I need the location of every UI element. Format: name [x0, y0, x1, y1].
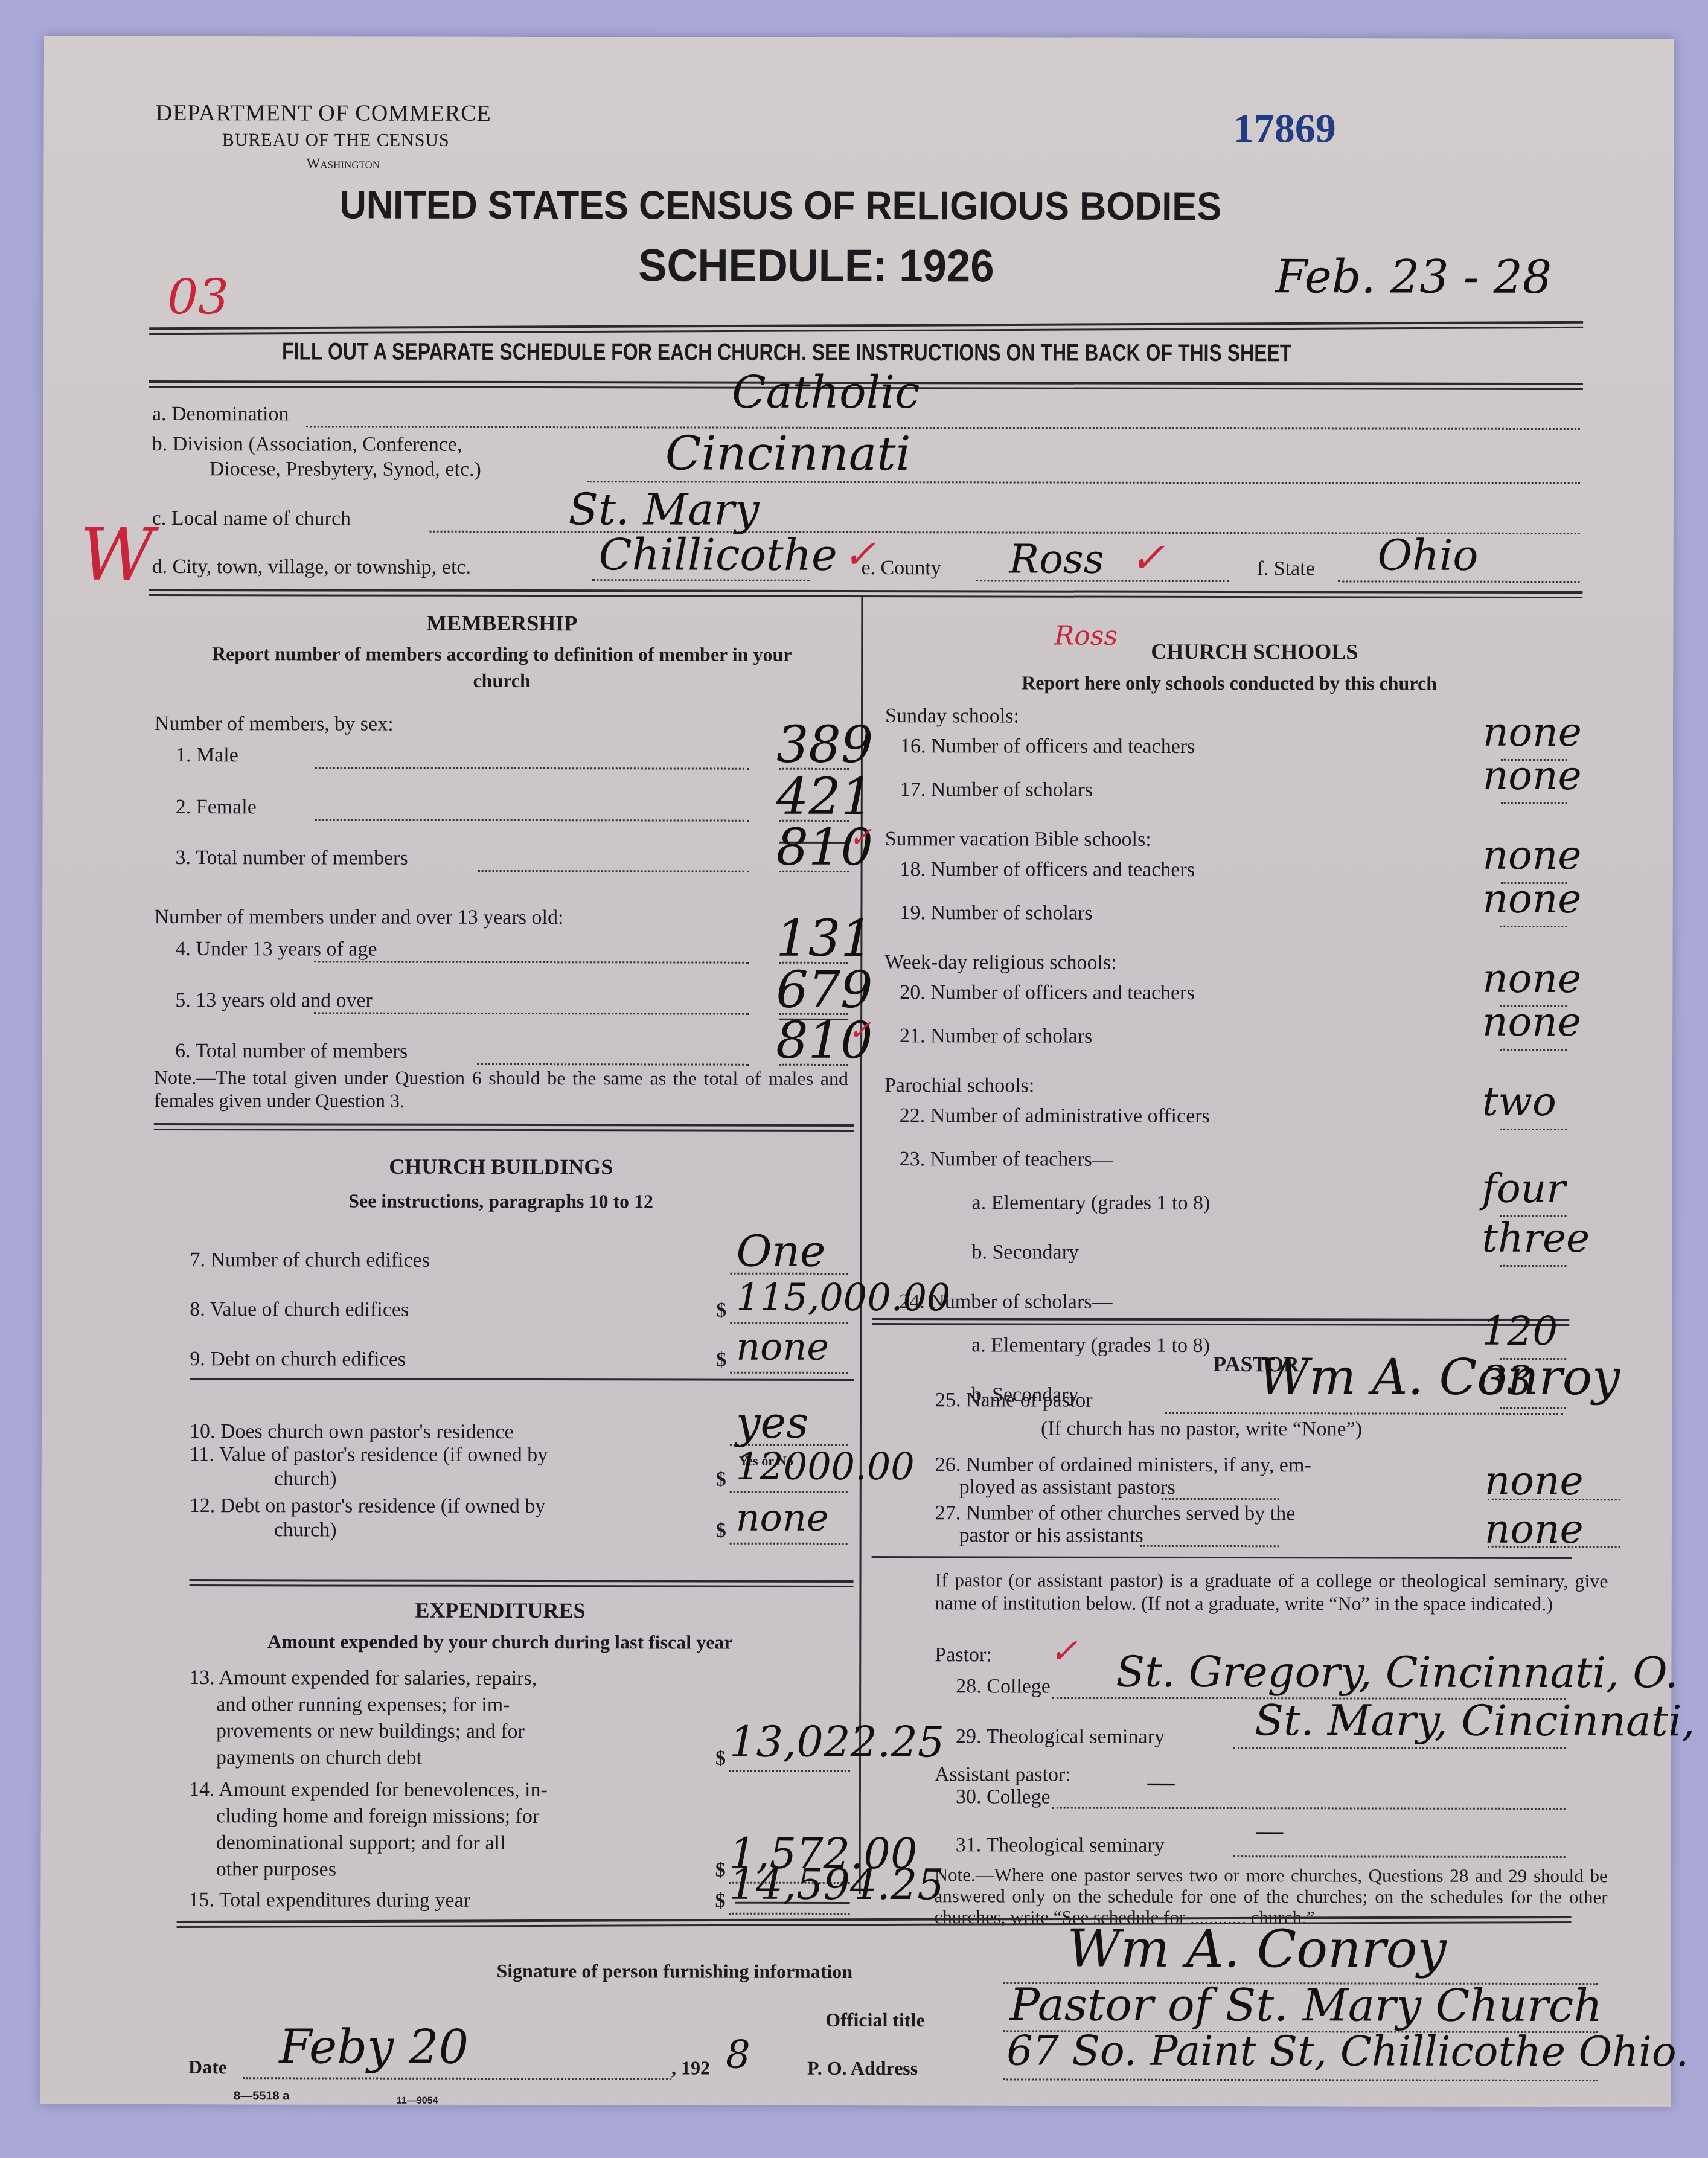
seminary-line [1233, 1747, 1566, 1749]
by-age-label: Number of members under and over 13 year… [154, 906, 563, 929]
expenditures-subheading: Amount expended by your church during la… [147, 1630, 853, 1654]
school-value-field[interactable]: none [1483, 832, 1582, 879]
answer-line [1500, 1049, 1567, 1051]
po-address-label: P. O. Address [807, 2057, 918, 2080]
check-mark-icon: ✓ [848, 1014, 872, 1046]
membership-item-label: 5. 13 years old and over [175, 989, 373, 1013]
pastor-name-field[interactable]: Wm A. Conroy [1258, 1348, 1620, 1406]
buildings-divider [190, 1378, 854, 1381]
dotted-leader [315, 767, 749, 769]
census-schedule-page: DEPARTMENT OF COMMERCE BUREAU OF THE CEN… [40, 36, 1674, 2107]
expenditure-item-label: denominational support; and for all [216, 1831, 506, 1855]
asst-seminary-label: 31. Theological seminary [956, 1834, 1165, 1857]
answer-line [730, 1543, 848, 1545]
expenditure-item-label: 15. Total expenditures during year [189, 1889, 470, 1912]
red-county-note: Ross [1054, 621, 1118, 652]
division-label-2: Diocese, Presbytery, Synod, etc.) [210, 458, 481, 481]
city-label: d. City, town, village, or township, etc… [152, 556, 471, 579]
state-line [1338, 580, 1579, 583]
pastor-divider [872, 1556, 1572, 1559]
membership-rows [44, 36, 1674, 39]
asst-college-line [1052, 1807, 1566, 1810]
date-label: Date [188, 2056, 227, 2078]
membership-item-label: 6. Total number of members [175, 1040, 408, 1063]
membership-subheading: Report number of members according to de… [182, 640, 822, 694]
currency-symbol: $ [716, 1349, 726, 1372]
currency-symbol: $ [715, 1890, 726, 1913]
red-check-icon: ✓ [1049, 1632, 1078, 1671]
building-item-label: 10. Does church own pastor's residence [190, 1420, 514, 1444]
local-name-field[interactable]: St. Mary [569, 484, 760, 535]
asst-college-label: 30. College [956, 1785, 1051, 1808]
building-item-label: 12. Debt on pastor's residence (if owned… [190, 1494, 546, 1518]
check-mark-icon: ✓ [1130, 533, 1165, 583]
expenditure-value-field[interactable]: 13,022.25 [729, 1717, 944, 1767]
assistant-pastors-label-1: 26. Number of ordained ministers, if any… [935, 1453, 1311, 1477]
school-item-label: 16. Number of officers and teachers [900, 735, 1195, 758]
pastor-education-label: Pastor: [935, 1644, 992, 1667]
dotted-leader [314, 961, 749, 963]
official-title-field[interactable]: Pastor of St. Mary Church [1009, 1979, 1602, 2032]
answer-line [729, 1770, 850, 1772]
dotted-leader [478, 870, 749, 872]
membership-value-field[interactable]: 131 [776, 909, 873, 968]
expenditure-item-label: payments on church debt [216, 1746, 422, 1770]
church-schools-subheading: Report here only schools conducted by th… [876, 671, 1582, 695]
asst-college-field[interactable]: — [1146, 1765, 1176, 1800]
received-date-handwritten: Feb. 23 - 28 [1275, 249, 1552, 304]
dotted-leader [477, 1063, 749, 1066]
answer-line [729, 1913, 850, 1915]
expenditure-item-label: 14. Amount expended for benevolences, in… [189, 1778, 548, 1802]
buildings-rows [44, 36, 1674, 39]
expenditure-item-label: other purposes [216, 1858, 336, 1881]
denomination-field[interactable]: Catholic [732, 367, 920, 419]
answer-line [730, 1372, 848, 1374]
dotted-leader [314, 1012, 749, 1014]
school-value-field[interactable]: none [1483, 709, 1582, 755]
education-instructions: If pastor (or assistant pastor) is a gra… [935, 1568, 1608, 1615]
school-item-label: 24. Number of scholars— [899, 1290, 1112, 1314]
college-label: 28. College [956, 1675, 1051, 1698]
membership-item-label: 4. Under 13 years of age [175, 938, 377, 961]
school-value-field[interactable]: none [1482, 955, 1581, 1002]
answer-line [1500, 926, 1567, 927]
asst-seminary-line [1233, 1855, 1566, 1858]
currency-symbol: $ [715, 1747, 726, 1770]
school-item-label: b. Secondary [971, 1383, 1079, 1406]
school-value-field[interactable]: 120 [1482, 1308, 1558, 1354]
state-field[interactable]: Ohio [1377, 531, 1478, 580]
seminary-label: 29. Theological seminary [956, 1725, 1165, 1749]
building-item-label: church) [274, 1467, 337, 1490]
check-mark-icon: ✓ [849, 821, 872, 853]
school-item-label: 20. Number of officers and teachers [900, 981, 1194, 1005]
city-field[interactable]: Chillicothe [598, 529, 837, 580]
serial-number-stamp: 17869 [1233, 104, 1336, 152]
department-name: DEPARTMENT OF COMMERCE [156, 100, 491, 127]
by-sex-label: Number of members, by sex: [155, 712, 394, 736]
building-value-field[interactable]: 12000.00 [736, 1444, 915, 1489]
division-label-1: b. Division (Association, Conference, [152, 433, 462, 456]
school-item-label: 23. Number of teachers— [900, 1148, 1113, 1171]
header-divider [149, 321, 1583, 330]
membership-divider [154, 1123, 854, 1127]
local-name-label: c. Local name of church [152, 507, 351, 531]
expenditure-item-label: cluding home and foreign missions; for [216, 1805, 539, 1828]
currency-symbol: $ [715, 1859, 726, 1882]
pastor-name-hint: (If church has no pastor, write “None”) [1041, 1418, 1362, 1441]
signature-label: Signature of person furnishing informati… [496, 1960, 852, 1983]
building-item-label: 8. Value of church edifices [190, 1298, 409, 1322]
school-value-field[interactable]: none [1482, 876, 1581, 922]
building-item-label: 9. Debt on church edifices [190, 1348, 406, 1371]
school-group-title: Sunday schools: [885, 705, 1019, 728]
answer-line [1500, 1265, 1566, 1267]
building-value-field[interactable]: none [736, 1496, 829, 1540]
assistant-pastors-field[interactable]: none [1485, 1458, 1584, 1504]
school-item-label: a. Elementary (grades 1 to 8) [972, 1191, 1211, 1215]
school-item-label: 22. Number of administrative officers [900, 1104, 1210, 1128]
school-value-field[interactable]: 33 [1482, 1357, 1532, 1404]
college-field[interactable]: St. Gregory, Cincinnati, O. [1116, 1647, 1678, 1698]
seminary-field[interactable]: St. Mary, Cincinnati, O. [1255, 1695, 1708, 1746]
school-value-field[interactable]: none [1483, 752, 1582, 799]
building-value-field[interactable]: yes [736, 1397, 808, 1448]
state-label: f. State [1256, 557, 1314, 580]
city-name: Washington [307, 156, 380, 172]
building-item-label: church) [274, 1519, 337, 1542]
school-group-title: Summer vacation Bible schools: [885, 828, 1151, 851]
expenditure-item-label: provements or new buildings; and for [216, 1720, 525, 1743]
instructions-banner: FILL OUT A SEPARATE SCHEDULE FOR EACH CH… [282, 338, 1291, 367]
assistant-pastor-label: Assistant pastor: [935, 1763, 1071, 1786]
asst-seminary-field[interactable]: — [1255, 1813, 1285, 1848]
expenditure-value-field[interactable]: 14,594.25 [729, 1860, 944, 1910]
bureau-name: BUREAU OF THE CENSUS [222, 130, 450, 151]
expenditure-item-label: and other running expenses; for im- [216, 1693, 510, 1717]
church-buildings-heading: CHURCH BUILDINGS [148, 1153, 854, 1180]
membership-heading: MEMBERSHIP [149, 610, 855, 636]
school-item-label: 21. Number of scholars [900, 1025, 1092, 1048]
denomination-label: a. Denomination [152, 403, 289, 426]
church-schools-heading: CHURCH SCHOOLS [1151, 639, 1358, 665]
date-line [243, 2077, 671, 2080]
assistant-pastors-label-2: ployed as assistant pastors [959, 1476, 1175, 1499]
answer-line [730, 1491, 848, 1493]
print-code: 11—9054 [397, 2096, 438, 2107]
building-value-field[interactable]: none [736, 1325, 829, 1369]
expenditures-heading: EXPENDITURES [147, 1597, 853, 1624]
church-schools-rows [44, 36, 1674, 39]
school-item-label: a. Elementary (grades 1 to 8) [971, 1334, 1210, 1357]
county-field[interactable]: Ross [1009, 536, 1104, 582]
school-item-label: 17. Number of scholars [900, 778, 1093, 802]
denomination-line [306, 426, 1580, 430]
answer-line [1500, 1129, 1567, 1130]
official-title-label: Official title [825, 2009, 924, 2031]
currency-symbol: $ [716, 1468, 726, 1491]
school-value-field[interactable]: four [1482, 1165, 1566, 1212]
red-code-annotation: 03 [167, 269, 229, 325]
form-number: 8—5518 a [234, 2089, 289, 2103]
other-churches-field[interactable]: none [1485, 1506, 1584, 1552]
membership-item-label: 2. Female [176, 796, 257, 819]
po-address-line [1003, 2078, 1598, 2081]
school-item-label: 18. Number of officers and teachers [900, 858, 1195, 882]
dotted-leader [315, 819, 749, 821]
answer-line [1501, 802, 1567, 804]
division-field[interactable]: Cincinnati [665, 426, 911, 481]
school-value-field[interactable]: three [1482, 1215, 1590, 1261]
schedule-year: SCHEDULE: 1926 [638, 239, 994, 292]
dotted-leader [1140, 1545, 1279, 1547]
building-item-label: 11. Value of pastor's residence (if owne… [190, 1443, 548, 1467]
buildings-bottom-divider [190, 1579, 854, 1583]
signature-field[interactable]: Wm A. Conroy [1067, 1919, 1447, 1980]
year-prefix: , 192 [671, 2057, 710, 2079]
red-margin-mark: W [79, 513, 154, 597]
church-buildings-subheading: See instructions, paragraphs 10 to 12 [148, 1189, 854, 1213]
school-group-title: Week-day religious schools: [884, 951, 1116, 975]
currency-symbol: $ [716, 1299, 726, 1322]
expenditure-rows [44, 36, 1674, 39]
identification-divider [149, 589, 1582, 594]
school-value-field[interactable]: two [1482, 1078, 1556, 1125]
building-item-label: 7. Number of church edifices [190, 1249, 430, 1272]
date-field[interactable]: Feby 20 [279, 2020, 469, 2075]
answer-line [730, 1322, 848, 1324]
school-value-field[interactable]: none [1482, 999, 1581, 1045]
po-address-field[interactable]: 67 So. Paint St, Chillicothe Ohio. [1006, 2027, 1689, 2076]
currency-symbol: $ [716, 1520, 726, 1543]
schools-divider [872, 1318, 1569, 1321]
membership-item-label: 3. Total number of members [176, 847, 408, 870]
dotted-leader [1162, 1498, 1279, 1500]
building-value-field[interactable]: One [736, 1226, 825, 1276]
membership-value-field[interactable]: 389 [776, 715, 874, 774]
year-field[interactable]: 8 [726, 2033, 750, 2078]
membership-note: Note.—The total given under Question 6 s… [154, 1066, 848, 1113]
school-group-title: Parochial schools: [884, 1074, 1034, 1097]
answer-line [1500, 1407, 1566, 1409]
form-title: UNITED STATES CENSUS OF RELIGIOUS BODIES [339, 182, 1221, 229]
other-churches-label-1: 27. Number of other churches served by t… [935, 1502, 1296, 1525]
school-item-label: b. Secondary [971, 1241, 1079, 1264]
membership-item-label: 1. Male [176, 744, 238, 767]
school-item-label: 19. Number of scholars [900, 901, 1092, 925]
pastor-name-line [1165, 1412, 1563, 1415]
expenditure-item-label: 13. Amount expended for salaries, repair… [189, 1667, 537, 1690]
other-churches-label-2: pastor or his assistants [959, 1524, 1143, 1548]
county-label: e. County [861, 557, 941, 580]
